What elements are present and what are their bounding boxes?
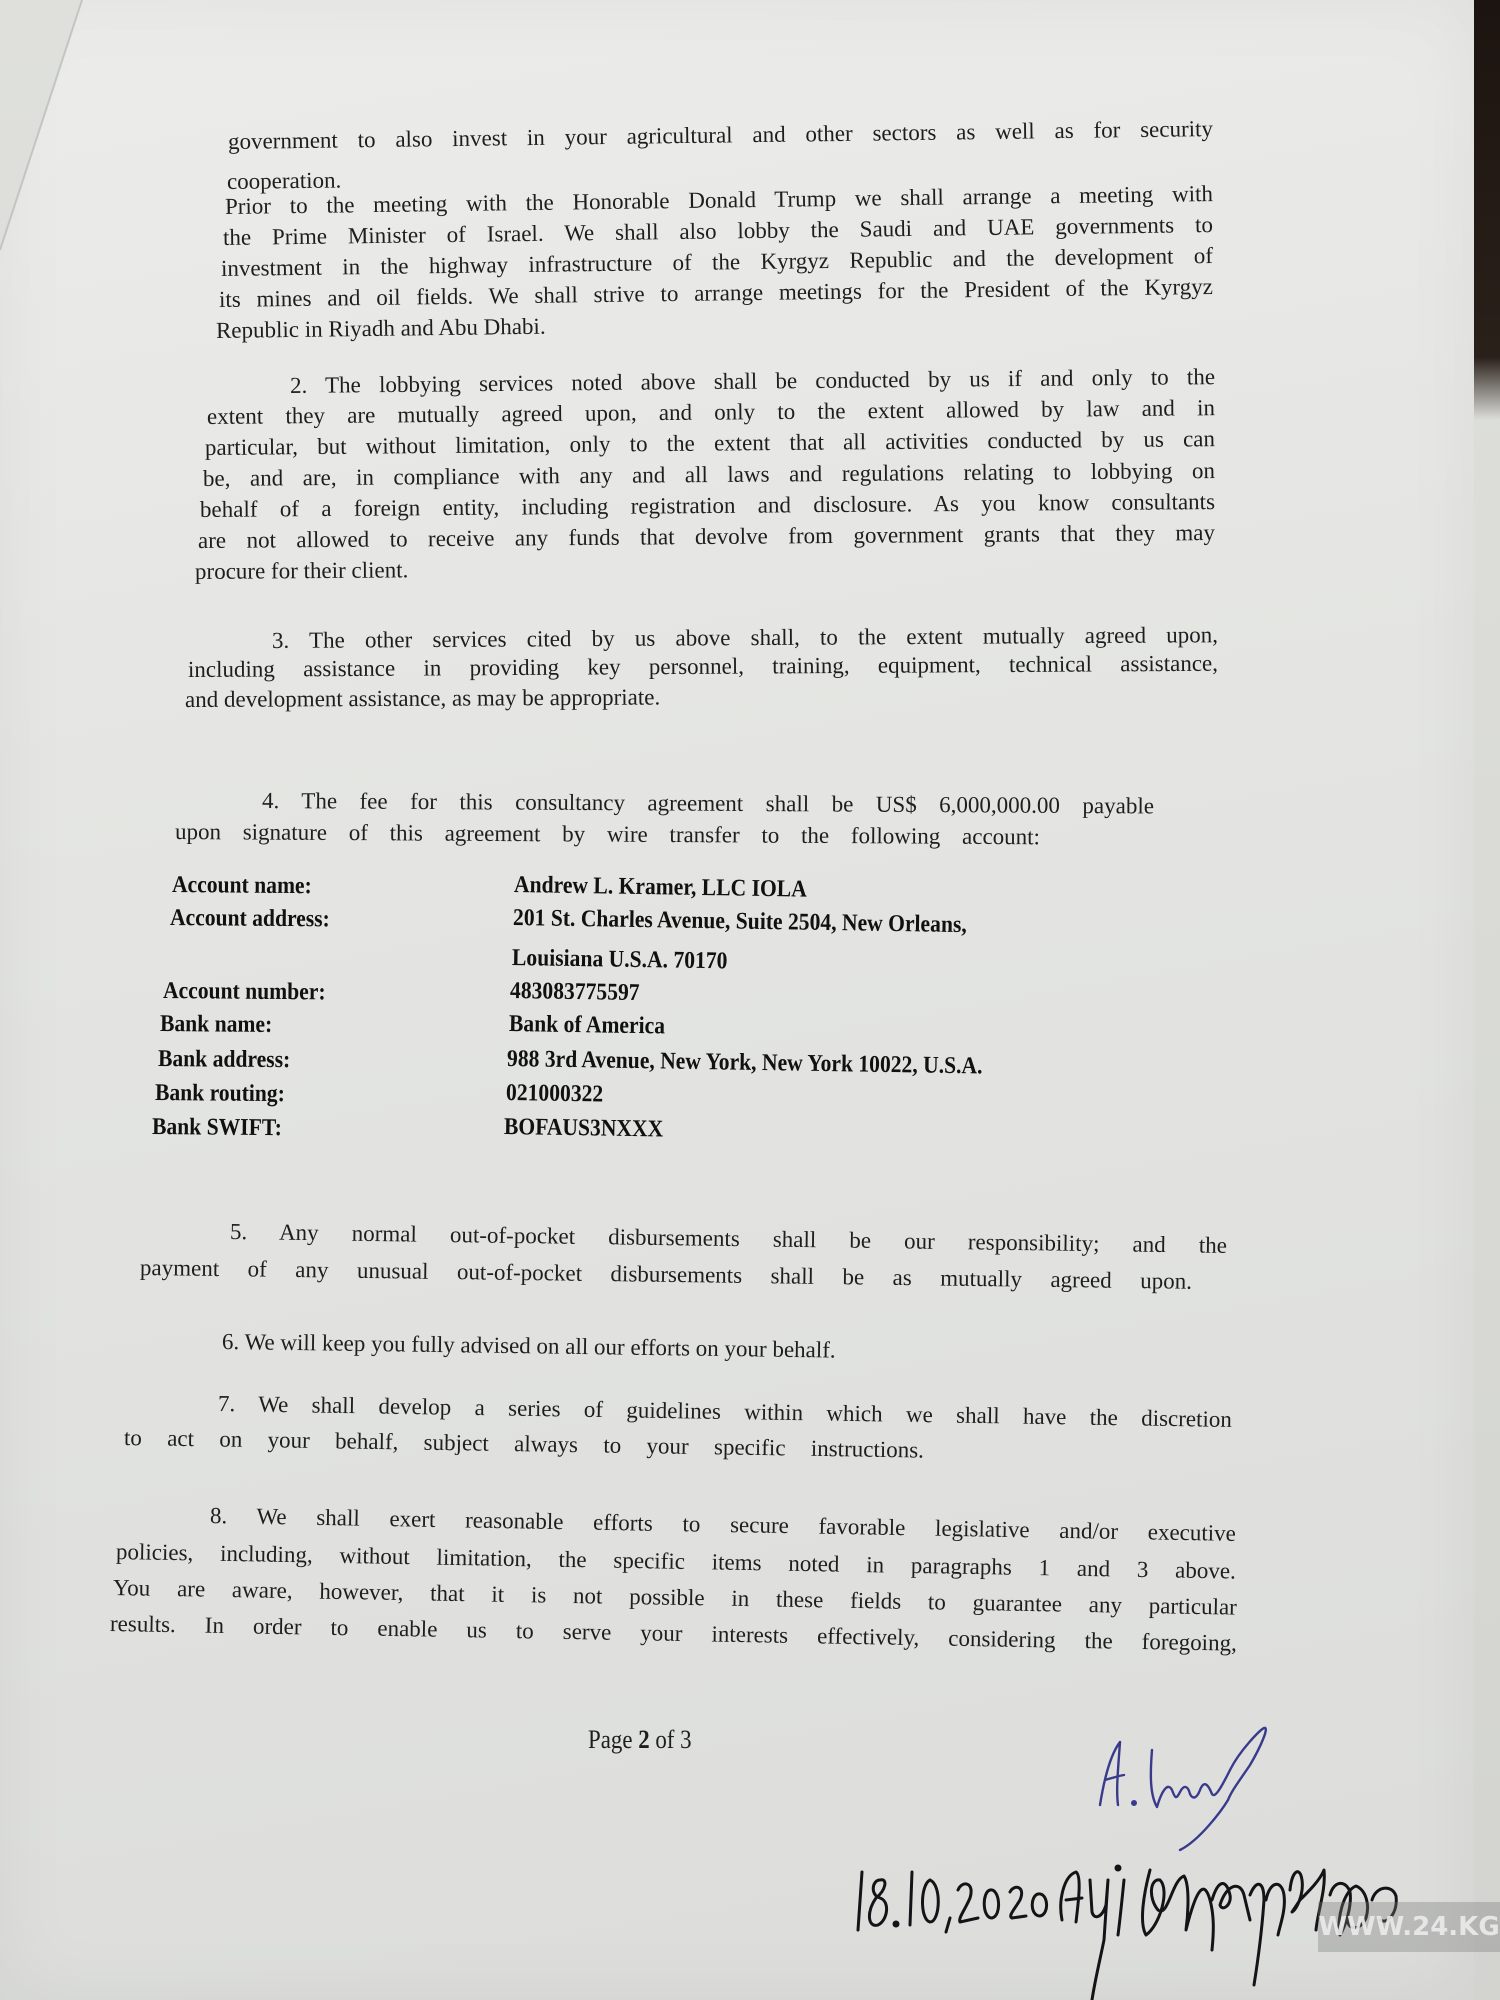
total-pages: 3 — [680, 1725, 691, 1754]
account-field-label: Bank name: — [160, 1011, 272, 1039]
text-line: particular, but without limitation, only… — [205, 425, 1215, 462]
page-number: Page 2 of 3 — [588, 1725, 692, 1755]
account-field-value: 988 3rd Avenue, New York, New York 10022… — [507, 1046, 983, 1080]
text-line: 4. The fee for this consultancy agreemen… — [262, 787, 1154, 820]
account-field-label: Account number: — [163, 978, 326, 1006]
account-field-label: Account address: — [170, 905, 330, 933]
text-line: behalf of a foreign entity, including re… — [200, 488, 1215, 524]
account-field-value: 021000322 — [506, 1080, 604, 1109]
text-line: extent they are mutually agreed upon, an… — [207, 394, 1215, 431]
account-field-value: Bank of America — [509, 1011, 665, 1040]
account-field-value: Louisiana U.S.A. 70170 — [512, 945, 728, 975]
text-line: be, and are, in compliance with any and … — [203, 457, 1215, 493]
text-line: government to also invest in your agricu… — [228, 115, 1213, 156]
text-line: upon signature of this agreement by wire… — [175, 818, 1040, 851]
text-line: Republic in Riyadh and Abu Dhabi. — [216, 313, 546, 345]
text-line: including assistance in providing key pe… — [188, 650, 1218, 684]
document-body: government to also invest in your agricu… — [0, 0, 1500, 2000]
account-field-label: Bank routing: — [155, 1080, 285, 1108]
text-line: 6. We will keep you fully advised on all… — [222, 1328, 836, 1365]
text-line: are not allowed to receive any funds tha… — [198, 519, 1215, 555]
text-line: 8. We shall exert reasonable efforts to … — [210, 1502, 1236, 1548]
account-field-value: BOFAUS3NXXX — [504, 1114, 664, 1143]
account-field-value: 201 St. Charles Avenue, Suite 2504, New … — [513, 905, 967, 939]
account-field-label: Bank SWIFT: — [152, 1114, 282, 1142]
account-field-label: Bank address: — [158, 1046, 290, 1074]
current-page: 2 — [638, 1725, 649, 1754]
text-line: payment of any unusual out-of-pocket dis… — [140, 1254, 1192, 1296]
site-watermark: WWW.24.KG — [1318, 1902, 1500, 1952]
text-line: procure for their client. — [195, 556, 409, 586]
text-line: to act on your behalf, subject always to… — [124, 1424, 924, 1465]
account-field-label: Account name: — [172, 872, 312, 900]
account-field-value: 483083775597 — [510, 978, 640, 1007]
text-line: 5. Any normal out-of-pocket disbursement… — [230, 1218, 1227, 1260]
text-line: and development assistance, as may be ap… — [185, 684, 660, 714]
account-field-value: Andrew L. Kramer, LLC IOLA — [514, 872, 807, 904]
